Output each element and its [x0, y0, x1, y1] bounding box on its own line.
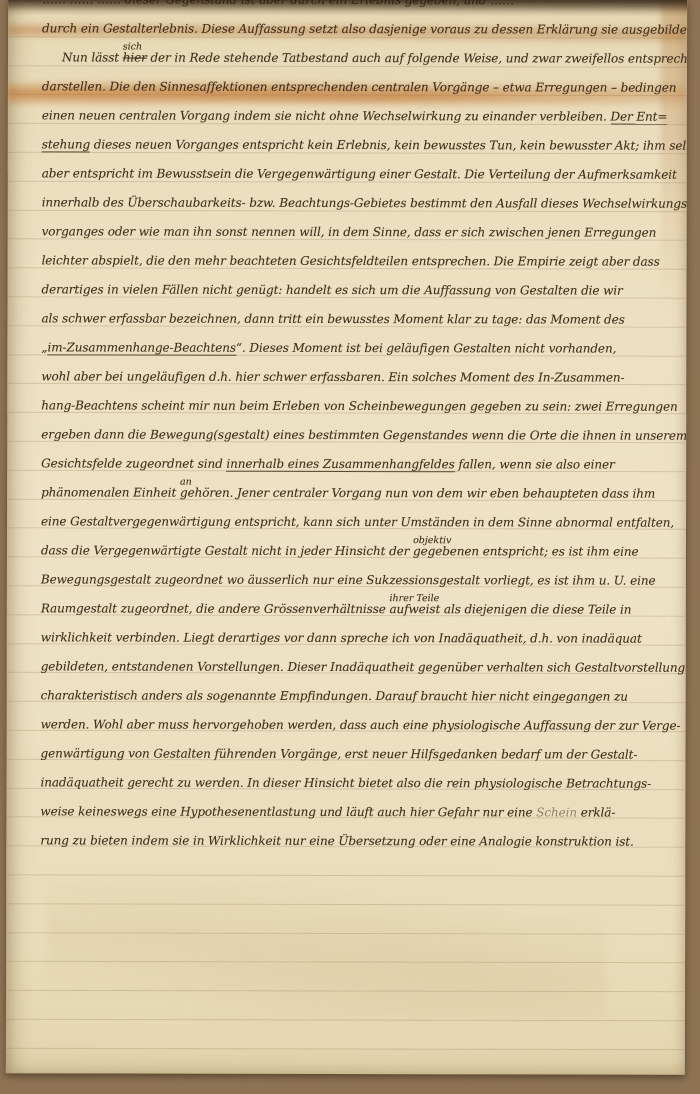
text-segment: weise keineswegs eine Hypothesenentlastu… — [40, 804, 536, 819]
text-line: wohl aber bei ungeläufigen d.h. hier sch… — [41, 362, 685, 392]
text-line: darstellen. Die den Sinnesaffektionen en… — [42, 72, 686, 102]
text-line: weise keineswegs eine Hypothesenentlastu… — [40, 797, 684, 827]
text-segment: fallen, wenn sie also einer — [455, 457, 615, 471]
text-line: vorganges oder wie man ihn sonst nennen … — [42, 217, 686, 247]
text-segment: “. Dieses Moment ist bei geläufigen Gest… — [236, 341, 616, 356]
text-segment: durch ein Gestalterlebnis. Diese Auffass… — [42, 21, 687, 36]
text-segment: dass die Vergegenwärtigte Gestalt nicht … — [41, 543, 413, 558]
text-segment: eine Gestaltvergegenwärtigung entspricht… — [41, 514, 674, 529]
text-line: derartiges in vielen Fällen nicht genügt… — [41, 275, 685, 305]
text-line: eine Gestaltvergegenwärtigung entspricht… — [41, 507, 685, 537]
handwritten-text-block: …… …… …… dieser Gegenstand ist aber durc… — [40, 0, 686, 857]
text-line: ergeben dann die Bewegung(sgestalt) eine… — [41, 420, 685, 450]
text-segment: Nun lässt — [62, 50, 123, 64]
text-segment: gehören. Jener centraler Vorgang nun von… — [180, 486, 655, 501]
text-line: leichter abspielt, die den mehr beachtet… — [42, 246, 686, 276]
text-segment: dieses neuen Vorganges entspricht kein E… — [90, 137, 687, 152]
text-line: einen neuen centralen Vorgang indem sie … — [42, 101, 686, 131]
text-line: „im-Zusammenhange-Beachtens“. Dieses Mom… — [41, 333, 685, 363]
text-segment: phänomenalen Einheit — [41, 485, 180, 499]
text-line: innerhalb des Überschaubarkeits- bzw. Be… — [42, 188, 686, 218]
text-line: phänomenalen Einheit angehören. Jener ce… — [41, 478, 685, 508]
text-line: dass die Vergegenwärtigte Gestalt nicht … — [41, 536, 685, 566]
text-line: charakteristisch anders als sogenannte E… — [41, 681, 685, 711]
text-segment: Bewegungsgestalt zugeordnet wo äusserlic… — [41, 572, 656, 587]
text-line: genwärtigung von Gestalten führenden Vor… — [41, 739, 685, 769]
text-line: werden. Wohl aber muss hervorgehoben wer… — [41, 710, 685, 740]
text-segment: hier — [123, 51, 147, 65]
text-line: Nun lässt sichhier der in Rede stehende … — [42, 43, 686, 73]
text-line: Raumgestalt zugeordnet, die andere Gröss… — [41, 594, 685, 624]
text-segment: erklä- — [577, 805, 615, 819]
text-segment: vorganges oder wie man ihn sonst nennen … — [42, 224, 657, 239]
text-segment: darstellen. Die den Sinnesaffektionen en… — [42, 79, 676, 94]
text-line: hang-Beachtens scheint mir nun beim Erle… — [41, 391, 685, 421]
text-segment: wirklichkeit verbinden. Liegt derartiges… — [41, 630, 642, 645]
top-edge-shadow — [8, 0, 687, 17]
text-segment: Der Ent= — [610, 110, 667, 125]
text-line: Gesichtsfelde zugeordnet sind innerhalb … — [41, 449, 685, 479]
text-segment: Gesichtsfelde zugeordnet sind — [41, 456, 226, 470]
text-segment: aufweist als diejenigen die diese Teile … — [389, 602, 631, 617]
text-segment: gegebenen entspricht; es ist ihm eine — [413, 544, 638, 558]
text-line: gebildeten, entstandenen Vorstellungen. … — [41, 652, 685, 682]
text-segment: wohl aber bei ungeläufigen d.h. hier sch… — [41, 369, 624, 384]
text-line: durch ein Gestalterlebnis. Diese Auffass… — [42, 14, 686, 44]
text-segment: ergeben dann die Bewegung(sgestalt) eine… — [41, 427, 687, 442]
text-segment: inadäquatheit gerecht zu werden. In dies… — [40, 775, 651, 790]
text-segment: der in Rede stehende Tatbestand auch auf… — [147, 51, 687, 66]
text-segment: innerhalb eines Zusammenhangfeldes — [226, 457, 454, 472]
text-segment: rung zu bieten indem sie in Wirklichkeit… — [40, 833, 633, 848]
text-segment: innerhalb des Überschaubarkeits- bzw. Be… — [42, 195, 687, 210]
text-line: rung zu bieten indem sie in Wirklichkeit… — [40, 826, 684, 856]
text-segment: charakteristisch anders als sogenannte E… — [41, 688, 628, 703]
text-line: Bewegungsgestalt zugeordnet wo äusserlic… — [41, 565, 685, 595]
text-segment: im-Zusammenhange-Beachtens — [48, 340, 236, 355]
text-segment: Schein — [536, 805, 577, 819]
text-segment: einen neuen centralen Vorgang indem sie … — [42, 108, 611, 123]
text-segment: genwärtigung von Gestalten führenden Vor… — [41, 746, 638, 761]
text-line: wirklichkeit verbinden. Liegt derartiges… — [41, 623, 685, 653]
text-segment: werden. Wohl aber muss hervorgehoben wer… — [41, 717, 681, 732]
text-segment: derartiges in vielen Fällen nicht genügt… — [42, 282, 623, 297]
text-line: stehung dieses neuen Vorganges entsprich… — [42, 130, 686, 160]
text-line: inadäquatheit gerecht zu werden. In dies… — [40, 768, 684, 798]
text-segment: leichter abspielt, die den mehr beachtet… — [42, 253, 660, 268]
text-segment: stehung — [42, 137, 90, 152]
text-line: aber entspricht im Bewusstsein die Verge… — [42, 159, 686, 189]
text-segment: aber entspricht im Bewusstsein die Verge… — [42, 166, 677, 181]
text-segment: als schwer erfassbar bezeichnen, dann tr… — [41, 311, 624, 326]
text-segment: gebildeten, entstandenen Vorstellungen. … — [41, 659, 687, 674]
manuscript-page: …… …… …… dieser Gegenstand ist aber durc… — [6, 0, 687, 1075]
text-line: als schwer erfassbar bezeichnen, dann tr… — [41, 304, 685, 334]
text-segment: hang-Beachtens scheint mir nun beim Erle… — [41, 398, 677, 413]
text-segment: Raumgestalt zugeordnet, die andere Gröss… — [41, 601, 390, 616]
